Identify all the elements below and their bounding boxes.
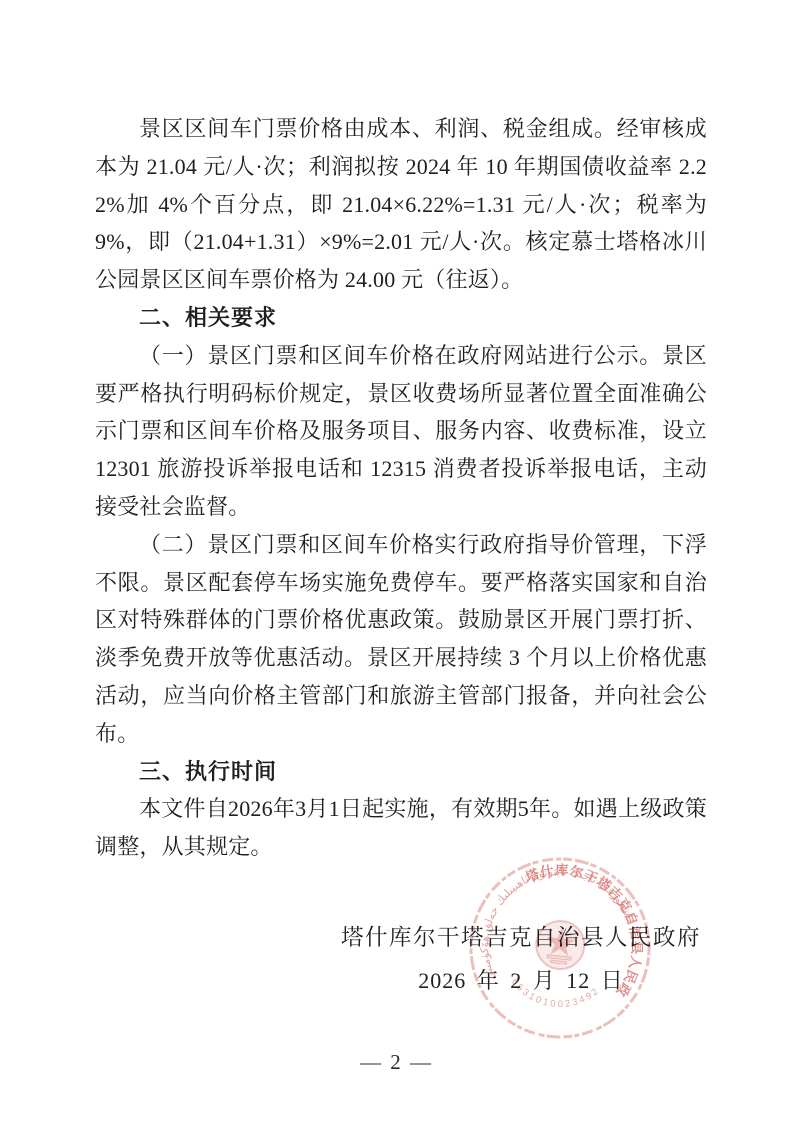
paragraph-effective-date: 本文件自2026年3月1日起实施，有效期5年。如遇上级政策调整，从其规定。 xyxy=(95,790,707,866)
section-heading-effective-time: 三、执行时间 xyxy=(95,753,707,791)
issue-date: 2026 年 2 月 12 日 xyxy=(341,964,701,995)
paragraph-price-composition: 景区区间车门票价格由成本、利润、税金组成。经审核成本为 21.04 元/人·次；… xyxy=(95,110,707,299)
paragraph-price-publicity: （一）景区门票和区间车价格在政府网站进行公示。景区要严格执行明码标价规定，景区收… xyxy=(95,337,707,526)
signature-block: 塔什库尔干塔吉克自治县人民政府 2026 年 2 月 12 日 xyxy=(341,920,701,995)
paragraph-price-management: （二）景区门票和区间车价格实行政府指导价管理，下浮不限。景区配套停车场实施免费停… xyxy=(95,526,707,753)
section-heading-requirements: 二、相关要求 xyxy=(95,299,707,337)
page-number: — 2 — xyxy=(0,1050,793,1075)
document-page: 景区区间车门票价格由成本、利润、税金组成。经审核成本为 21.04 元/人·次；… xyxy=(0,0,793,1121)
document-body: 景区区间车门票价格由成本、利润、税金组成。经审核成本为 21.04 元/人·次；… xyxy=(95,110,707,866)
issuer-name: 塔什库尔干塔吉克自治县人民政府 xyxy=(341,920,701,952)
